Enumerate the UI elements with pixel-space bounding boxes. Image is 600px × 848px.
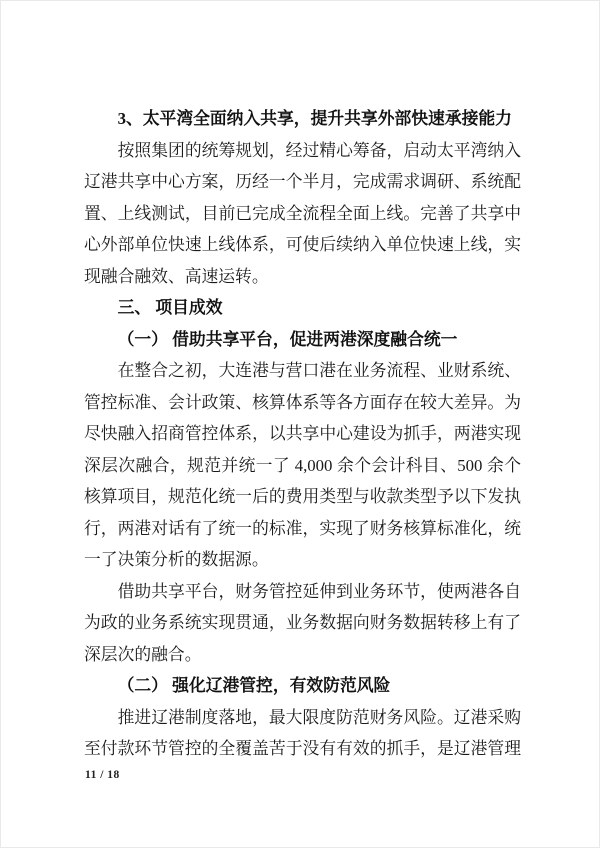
body-text-line: 借助共享平台，财务管控延伸到业务环节，使两港各自	[84, 576, 521, 608]
body-text-line: 心外部单位快速上线体系，可使后续纳入单位快速上线，实	[84, 229, 521, 261]
document-page: 3、太平湾全面纳入共享，提升共享外部快速承接能力按照集团的统筹规划，经过精心筹备…	[0, 0, 600, 848]
heading-line: （一） 借助共享平台，促进两港深度融合统一	[84, 324, 521, 356]
body-text-line: 一了决策分析的数据源。	[84, 544, 521, 576]
body-text-line: 深层次的融合。	[84, 639, 521, 671]
heading-line: （二） 强化辽港管控，有效防范风险	[84, 670, 521, 702]
document-body: 3、太平湾全面纳入共享，提升共享外部快速承接能力按照集团的统筹规划，经过精心筹备…	[84, 103, 521, 765]
body-text-line: 深层次融合，规范并统一了 4,000 余个会计科目、500 余个	[84, 450, 521, 482]
body-text-line: 置、上线测试，目前已完成全流程全面上线。完善了共享中	[84, 198, 521, 230]
body-text-line: 行，两港对话有了统一的标准，实现了财务核算标准化，统	[84, 513, 521, 545]
body-text-line: 按照集团的统筹规划，经过精心筹备，启动太平湾纳入	[84, 135, 521, 167]
body-text-line: 管控标准、会计政策、核算体系等各方面存在较大差异。为	[84, 387, 521, 419]
body-text-line: 为政的业务系统实现贯通，业务数据向财务数据转移上有了	[84, 607, 521, 639]
body-text-line: 现融合融效、高速运转。	[84, 261, 521, 293]
page-number: 11 / 18	[85, 769, 120, 781]
body-text-line: 至付款环节管控的全覆盖苦于没有有效的抓手，是辽港管理	[84, 733, 521, 765]
heading-line: 3、太平湾全面纳入共享，提升共享外部快速承接能力	[84, 103, 521, 135]
body-text-line: 尽快融入招商管控体系，以共享中心建设为抓手，两港实现	[84, 418, 521, 450]
body-text-line: 辽港共享中心方案，历经一个半月，完成需求调研、系统配	[84, 166, 521, 198]
body-text-line: 核算项目，规范化统一后的费用类型与收款类型予以下发执	[84, 481, 521, 513]
body-text-line: 推进辽港制度落地，最大限度防范财务风险。辽港采购	[84, 702, 521, 734]
heading-line: 三、 项目成效	[84, 292, 521, 324]
body-text-line: 在整合之初，大连港与营口港在业务流程、业财系统、	[84, 355, 521, 387]
